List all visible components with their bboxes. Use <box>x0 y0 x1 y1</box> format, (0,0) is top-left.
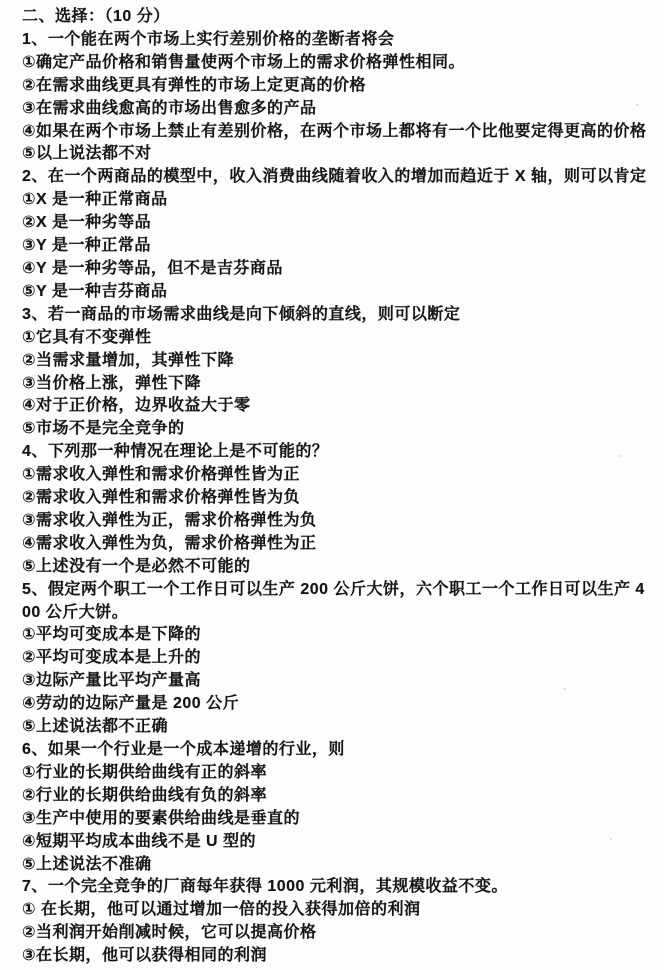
question-option: ②当利润开始削减时候，它可以提高价格 <box>22 922 654 945</box>
scanned-exam-page: 二、选择：（10 分） 1、一个能在两个市场上实行差别价格的垄断者将会①确定产品… <box>0 0 664 970</box>
question: 5、假定两个职工一个工作日可以生产 200 公斤大饼，六个职工一个工作日可以生产… <box>22 579 654 739</box>
question-stem: 2、在一个两商品的模型中，收入消费曲线随着收入的增加而趋近于 X 轴，则可以肯定 <box>22 166 654 189</box>
question-option: ⑤上述说法都不正确 <box>22 716 654 739</box>
question-option: ③需求收入弹性为正，需求价格弹性为负 <box>22 510 654 533</box>
question-option: ⑤上述没有一个是必然不可能的 <box>22 556 654 579</box>
question: 6、如果一个行业是一个成本递增的行业，则①行业的长期供给曲线有正的斜率②行业的长… <box>22 739 654 876</box>
question-option: ①确定产品价格和销售量使两个市场上的需求价格弹性相同。 <box>22 52 654 75</box>
question-stem: 1、一个能在两个市场上实行差别价格的垄断者将会 <box>22 29 654 52</box>
question-stem: 5、假定两个职工一个工作日可以生产 200 公斤大饼，六个职工一个工作日可以生产… <box>22 579 654 625</box>
question: 2、在一个两商品的模型中，收入消费曲线随着收入的增加而趋近于 X 轴，则可以肯定… <box>22 166 654 303</box>
question-option: ④Y 是一种劣等品，但不是吉芬商品 <box>22 258 654 281</box>
question-option: ③生产中使用的要素供给曲线是垂直的 <box>22 808 654 831</box>
question-option: ③Y 是一种正常品 <box>22 235 654 258</box>
question-option: ③边际产量比平均产量高 <box>22 670 654 693</box>
question-option: ⑤Y 是一种吉芬商品 <box>22 281 654 304</box>
question-option: ⑤上述说法不准确 <box>22 854 654 877</box>
question-stem: 4、下列那一种情况在理论上是不可能的？ <box>22 441 654 464</box>
question-option: ②在需求曲线更具有弹性的市场上定更高的价格 <box>22 75 654 98</box>
question-option: ④短期平均成本曲线不是 U 型的 <box>22 831 654 854</box>
question-option: ②平均可变成本是上升的 <box>22 647 654 670</box>
question-option: ②行业的长期供给曲线有负的斜率 <box>22 785 654 808</box>
question-stem: 3、若一商品的市场需求曲线是向下倾斜的直线，则可以断定 <box>22 304 654 327</box>
question-option: ①需求收入弹性和需求价格弹性皆为正 <box>22 464 654 487</box>
question-option: ③当价格上涨，弹性下降 <box>22 373 654 396</box>
question-option: ②X 是一种劣等品 <box>22 212 654 235</box>
question-list: 1、一个能在两个市场上实行差别价格的垄断者将会①确定产品价格和销售量使两个市场上… <box>22 29 654 968</box>
question-option: ① 在长期，他可以通过增加一倍的投入获得加倍的利润 <box>22 899 654 922</box>
question-option: ③在长期，他可以获得相同的利润 <box>22 945 654 968</box>
question: 3、若一商品的市场需求曲线是向下倾斜的直线，则可以断定①它具有不变弹性②当需求量… <box>22 304 654 441</box>
question: 4、下列那一种情况在理论上是不可能的？①需求收入弹性和需求价格弹性皆为正②需求收… <box>22 441 654 578</box>
question-option: ②需求收入弹性和需求价格弹性皆为负 <box>22 487 654 510</box>
question-option: ③在需求曲线愈高的市场出售愈多的产品 <box>22 98 654 121</box>
question-option: ④需求收入弹性为负，需求价格弹性为正 <box>22 533 654 556</box>
question-option: ②当需求量增加，其弹性下降 <box>22 350 654 373</box>
question-stem: 6、如果一个行业是一个成本递增的行业，则 <box>22 739 654 762</box>
section-title: 二、选择：（10 分） <box>22 6 654 29</box>
question: 1、一个能在两个市场上实行差别价格的垄断者将会①确定产品价格和销售量使两个市场上… <box>22 29 654 166</box>
question-option: ④劳动的边际产量是 200 公斤 <box>22 693 654 716</box>
question-option: ④对于正价格，边界收益大于零 <box>22 395 654 418</box>
question-option: ①X 是一种正常商品 <box>22 189 654 212</box>
question-option: ⑤以上说法都不对 <box>22 143 654 166</box>
exam-content: 二、选择：（10 分） 1、一个能在两个市场上实行差别价格的垄断者将会①确定产品… <box>22 6 654 968</box>
question-option: ⑤市场不是完全竞争的 <box>22 418 654 441</box>
question: 7、一个完全竞争的厂商每年获得 1000 元利润，其规模收益不变。① 在长期，他… <box>22 876 654 968</box>
question-stem: 7、一个完全竞争的厂商每年获得 1000 元利润，其规模收益不变。 <box>22 876 654 899</box>
question-option: ①平均可变成本是下降的 <box>22 624 654 647</box>
question-option: ①行业的长期供给曲线有正的斜率 <box>22 762 654 785</box>
question-option: ①它具有不变弹性 <box>22 327 654 350</box>
question-option: ④如果在两个市场上禁止有差别价格，在两个市场上都将有一个比他要定得更高的价格 <box>22 121 654 144</box>
